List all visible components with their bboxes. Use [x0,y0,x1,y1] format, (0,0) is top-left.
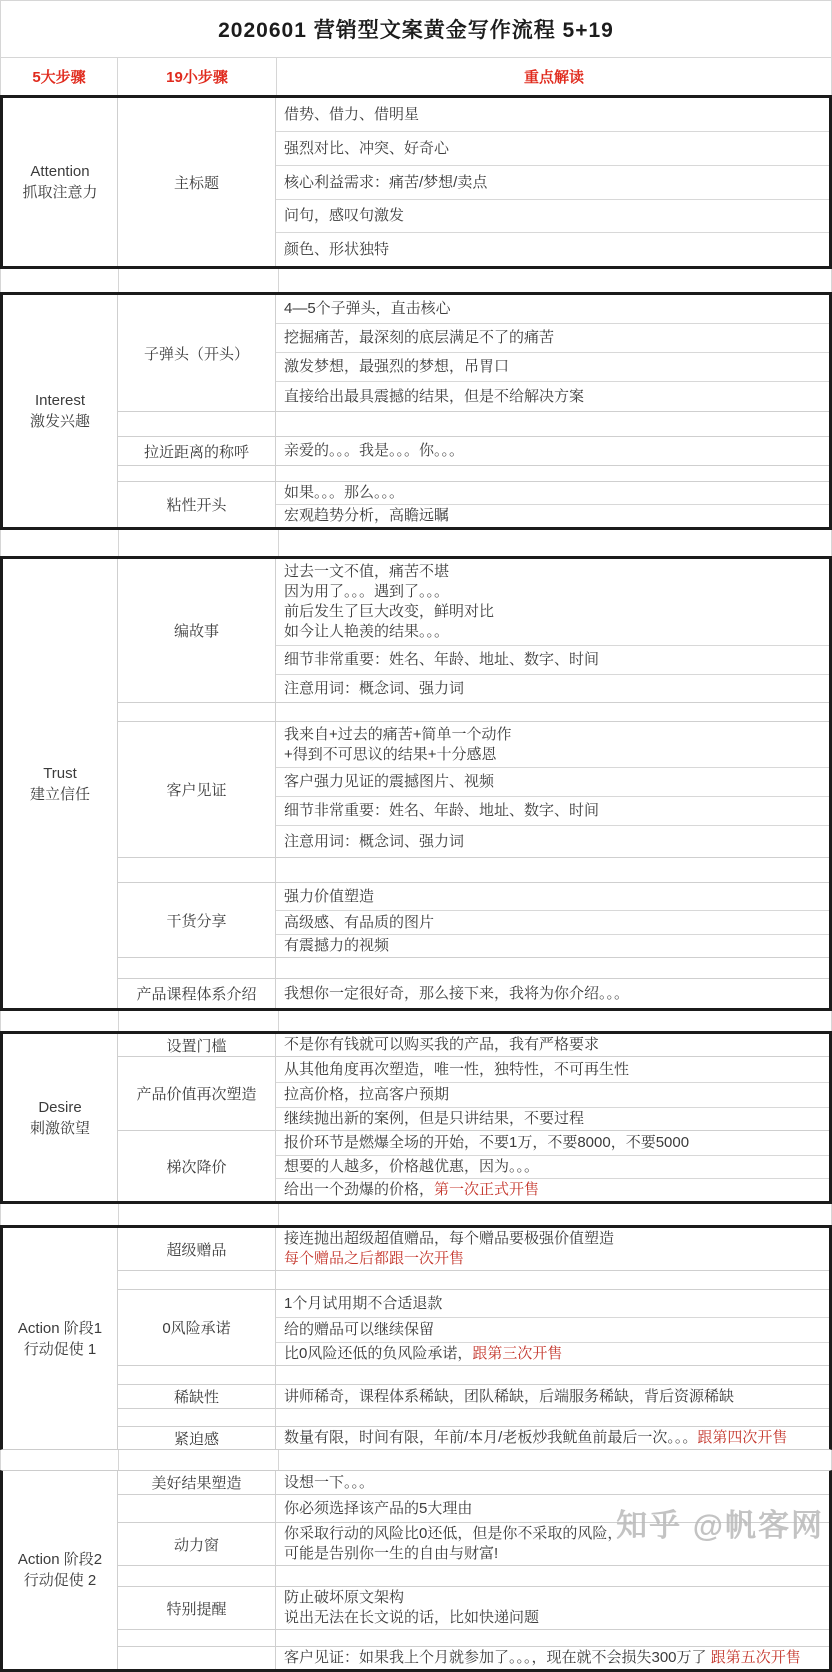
detail-line: 接连抛出超级超值赠品，每个赠品要极强价值塑造 [284,1229,829,1249]
detail-row: 给出一个劲爆的价格，第一次正式开售 [276,1179,829,1201]
substep-label: 产品课程体系介绍 [118,979,276,1008]
detail-row: 从其他角度再次塑造，唯一性，独特性，不可再生性 [276,1057,829,1083]
gap-col1 [1,269,119,292]
detail-row-empty [276,958,829,978]
detail-line: 因为用了。。。遇到了。。。 [284,582,829,602]
detail-text: 说出无法在长文说的话，比如快递问题 [284,1609,539,1626]
substep-label-empty [118,1366,276,1384]
step-label-line: Action 阶段1 [18,1318,102,1339]
detail-row-empty [276,466,829,481]
detail-row-empty [276,1630,829,1646]
section-groups: 主标题借势、借力、借明星强烈对比、冲突、好奇心核心利益需求：痛苦/梦想/卖点问句… [118,98,829,266]
substep-group: 设置门槛不是你有钱就可以购买我的产品，我有严格要求 [118,1034,829,1057]
gap-col3 [279,269,831,292]
detail-line: 继续抛出新的案例，但是只讲结果，不要过程 [284,1109,829,1129]
spacer-group [118,1409,829,1427]
detail-line: 从其他角度再次塑造，唯一性，独特性，不可再生性 [284,1060,829,1080]
gap-col2 [119,530,279,556]
substep-label-empty [118,412,276,436]
section-desire: Desire刺激欲望设置门槛不是你有钱就可以购买我的产品，我有严格要求产品价值再… [0,1031,832,1204]
page-title: 2020601 营销型文案黄金写作流程 5+19 [218,14,614,44]
substep-group: 美好结果塑造设想一下。。。 [118,1471,829,1495]
spacer-group [118,958,829,979]
detail-row: 拉高价格，拉高客户预期 [276,1083,829,1108]
spacer-group [118,466,829,482]
detail-cell-stack [276,1630,829,1646]
detail-text: 想要的人越多，价格越优惠，因为。。。 [284,1158,539,1175]
gap-col3 [279,1011,831,1031]
detail-text: +得到不可思议的结果+十分感恩 [284,746,497,763]
detail-cell-stack: 你采取行动的风险比0还低，但是你不采取的风险，可能是告别你一生的自由与财富! [276,1523,829,1565]
step-label-attention: Attention抓取注意力 [3,98,118,266]
substep-group: 动力窗你采取行动的风险比0还低，但是你不采取的风险，可能是告别你一生的自由与财富… [118,1523,829,1566]
substep-group: 特别提醒防止破坏原文架构说出无法在长文说的话，比如快递问题 [118,1587,829,1630]
substep-group: 稀缺性讲师稀奇，课程体系稀缺，团队稀缺，后端服务稀缺，背后资源稀缺 [118,1385,829,1409]
detail-cell-stack [276,412,829,436]
section-gap [0,1450,832,1470]
substep-label: 拉近距离的称呼 [118,437,276,465]
detail-text: 从其他角度再次塑造，唯一性，独特性，不可再生性 [284,1061,629,1078]
detail-text: 高级感、有品质的图片 [284,914,434,931]
substep-group: 干货分享强力价值塑造高级感、有品质的图片有震撼力的视频 [118,883,829,958]
detail-row: 客户强力见证的震撼图片、视频 [276,768,829,797]
detail-line: 你采取行动的风险比0还低，但是你不采取的风险， [284,1524,829,1544]
detail-line: 讲师稀奇，课程体系稀缺，团队稀缺，后端服务稀缺，背后资源稀缺 [284,1387,829,1407]
detail-line: 可能是告别你一生的自由与财富! [284,1544,829,1564]
detail-text: 直接给出最具震撼的结果，但是不给解决方案 [284,388,584,405]
detail-line: 宏观趋势分析，高瞻远瞩 [284,506,829,526]
detail-text: 4—5个子弹头，直击核心 [284,300,451,317]
section-gap [0,530,832,556]
step-label-line: Desire [38,1097,81,1118]
detail-row-empty [276,703,829,721]
section-groups: 美好结果塑造设想一下。。。你必须选择该产品的5大理由动力窗你采取行动的风险比0还… [118,1471,829,1669]
detail-cell-stack: 我来自+过去的痛苦+简单一个动作+得到不可思议的结果+十分感恩客户强力见证的震撼… [276,722,829,857]
detail-text-red: 跟第五次开售 [711,1649,801,1666]
spacer-group [118,703,829,722]
detail-line: 细节非常重要：姓名、年龄、地址、数字、时间 [284,650,829,670]
detail-text: 你必须选择该产品的5大理由 [284,1500,472,1517]
detail-row: 继续抛出新的案例，但是只讲结果，不要过程 [276,1108,829,1130]
detail-line: 细节非常重要：姓名、年龄、地址、数字、时间 [284,801,829,821]
substep-label-empty [118,1647,276,1669]
spacer-group: 你必须选择该产品的5大理由 [118,1495,829,1523]
substep-group: 粘性开头如果。。。那么。。。宏观趋势分析，高瞻远瞩 [118,482,829,527]
detail-line: 数量有限，时间有限，年前/本月/老板炒我鱿鱼前最后一次。。。跟第四次开售 [284,1428,829,1448]
detail-row: 我想你一定很好奇，那么接下来，我将为你介绍。。。 [276,979,829,1008]
detail-text: 比0风险还低的负风险承诺， [284,1345,472,1362]
detail-text: 颜色、形状独特 [284,241,389,258]
section-action2: Action 阶段2行动促使 2美好结果塑造设想一下。。。你必须选择该产品的5大… [0,1470,832,1672]
step-label-line: 激发兴趣 [30,411,90,432]
detail-row: 宏观趋势分析，高瞻远瞩 [276,505,829,527]
section-interest: Interest激发兴趣子弹头（开头）4—5个子弹头，直击核心挖掘痛苦，最深刻的… [0,292,832,530]
detail-cell-stack: 防止破坏原文架构说出无法在长文说的话，比如快递问题 [276,1587,829,1629]
step-label-line: Trust [43,763,77,784]
detail-row: 数量有限，时间有限，年前/本月/老板炒我鱿鱼前最后一次。。。跟第四次开售 [276,1427,829,1449]
detail-line: 你必须选择该产品的5大理由 [284,1499,829,1519]
detail-row: 强烈对比、冲突、好奇心 [276,132,829,166]
detail-text: 数量有限，时间有限，年前/本月/老板炒我鱿鱼前最后一次。。。 [284,1429,697,1446]
substep-label: 0风险承诺 [118,1290,276,1365]
detail-text-red: 第一次正式开售 [434,1181,539,1198]
detail-line: 设想一下。。。 [284,1473,829,1493]
detail-text: 不是你有钱就可以购买我的产品，我有严格要求 [284,1036,599,1053]
detail-row: 问句，感叹句激发 [276,200,829,233]
detail-row: 激发梦想，最强烈的梦想，吊胃口 [276,353,829,382]
substep-label: 主标题 [118,98,276,266]
detail-text: 拉高价格，拉高客户预期 [284,1086,449,1103]
substep-label: 干货分享 [118,883,276,957]
column-header-row: 5大步骤 19小步骤 重点解读 [0,57,832,95]
substep-label-empty [118,1566,276,1586]
detail-line: 强力价值塑造 [284,887,829,907]
detail-line: 给的赠品可以继续保留 [284,1320,829,1340]
detail-text: 宏观趋势分析，高瞻远瞩 [284,507,449,524]
detail-row: 想要的人越多，价格越优惠，因为。。。 [276,1156,829,1179]
detail-cell-stack [276,858,829,882]
substep-group: 产品课程体系介绍我想你一定很好奇，那么接下来，我将为你介绍。。。 [118,979,829,1008]
substep-label: 梯次降价 [118,1131,276,1201]
detail-text: 我来自+过去的痛苦+简单一个动作 [284,726,512,743]
detail-row: 1个月试用期不合适退款 [276,1290,829,1318]
step-label-line: Action 阶段2 [18,1549,102,1570]
detail-text: 细节非常重要：姓名、年龄、地址、数字、时间 [284,802,599,819]
detail-line: 我来自+过去的痛苦+简单一个动作 [284,725,829,745]
section-groups: 超级赠品接连抛出超级超值赠品，每个赠品要极强价值塑造每个赠品之后都跟一次开售0风… [118,1228,829,1449]
detail-cell-stack: 1个月试用期不合适退款给的赠品可以继续保留比0风险还低的负风险承诺，跟第三次开售 [276,1290,829,1365]
detail-cell-stack: 从其他角度再次塑造，唯一性，独特性，不可再生性拉高价格，拉高客户预期继续抛出新的… [276,1057,829,1130]
section-trust: Trust建立信任编故事过去一文不值，痛苦不堪因为用了。。。遇到了。。。前后发生… [0,556,832,1011]
detail-text: 过去一文不值，痛苦不堪 [284,563,449,580]
detail-row: 讲师稀奇，课程体系稀缺，团队稀缺，后端服务稀缺，背后资源稀缺 [276,1385,829,1408]
detail-line: 每个赠品之后都跟一次开售 [284,1249,829,1269]
gap-col1 [1,1204,119,1225]
detail-row: 你必须选择该产品的5大理由 [276,1495,829,1522]
detail-line: 客户强力见证的震撼图片、视频 [284,772,829,792]
substep-label: 动力窗 [118,1523,276,1565]
detail-line: 防止破坏原文架构 [284,1588,829,1608]
detail-cell-stack: 讲师稀奇，课程体系稀缺，团队稀缺，后端服务稀缺，背后资源稀缺 [276,1385,829,1408]
detail-line: 给出一个劲爆的价格，第一次正式开售 [284,1180,829,1200]
detail-text: 给的赠品可以继续保留 [284,1321,434,1338]
detail-text: 如今让人艳羡的结果。。。 [284,623,449,640]
step-label-interest: Interest激发兴趣 [3,295,118,527]
detail-row: 核心利益需求：痛苦/梦想/卖点 [276,166,829,200]
detail-cell-stack: 强力价值塑造高级感、有品质的图片有震撼力的视频 [276,883,829,957]
gap-col2 [119,1204,279,1225]
step-label-line: 行动促使 1 [24,1339,97,1360]
detail-row: 比0风险还低的负风险承诺，跟第三次开售 [276,1343,829,1365]
gap-col2 [119,1450,279,1470]
detail-text: 因为用了。。。遇到了。。。 [284,583,449,600]
gap-col1 [1,1011,119,1031]
detail-text: 借势、借力、借明星 [284,106,419,123]
substep-group: 紧迫感数量有限，时间有限，年前/本月/老板炒我鱿鱼前最后一次。。。跟第四次开售 [118,1427,829,1449]
substep-label: 紧迫感 [118,1427,276,1449]
detail-cell-stack: 亲爱的。。。我是。。。你。。。 [276,437,829,465]
substep-group: 梯次降价报价环节是燃爆全场的开始，不要1万，不要8000，不要5000想要的人越… [118,1131,829,1201]
detail-cell-stack: 我想你一定很好奇，那么接下来，我将为你介绍。。。 [276,979,829,1008]
substep-label: 客户见证 [118,722,276,857]
spacer-group [118,858,829,883]
detail-row: 细节非常重要：姓名、年龄、地址、数字、时间 [276,646,829,675]
detail-line: 激发梦想，最强烈的梦想，吊胃口 [284,357,829,377]
detail-line: 报价环节是燃爆全场的开始，不要1万，不要8000，不要5000 [284,1133,829,1153]
section-groups: 设置门槛不是你有钱就可以购买我的产品，我有严格要求产品价值再次塑造从其他角度再次… [118,1034,829,1201]
detail-line: 核心利益需求：痛苦/梦想/卖点 [284,173,829,193]
detail-row: 高级感、有品质的图片 [276,911,829,935]
detail-row-empty [276,1271,829,1289]
substep-group: 超级赠品接连抛出超级超值赠品，每个赠品要极强价值塑造每个赠品之后都跟一次开售 [118,1228,829,1271]
substep-label-empty [118,958,276,978]
section-gap [0,1011,832,1031]
detail-text: 细节非常重要：姓名、年龄、地址、数字、时间 [284,651,599,668]
spacer-group [118,1630,829,1647]
gap-col1 [1,1450,119,1470]
detail-text: 客户见证：如果我上个月就参加了。。。，现在就不会损失300万了 [284,1649,711,1666]
substep-label-empty [118,1271,276,1289]
detail-line: 拉高价格，拉高客户预期 [284,1085,829,1105]
detail-row: 你采取行动的风险比0还低，但是你不采取的风险，可能是告别你一生的自由与财富! [276,1523,829,1565]
detail-text: 有震撼力的视频 [284,937,389,954]
detail-line: 挖掘痛苦，最深刻的底层满足不了的痛苦 [284,328,829,348]
substep-label: 子弹头（开头） [118,295,276,411]
detail-row: 有震撼力的视频 [276,935,829,957]
step-label-action1: Action 阶段1行动促使 1 [3,1228,118,1449]
step-label-line: 行动促使 2 [24,1570,97,1591]
detail-row: 颜色、形状独特 [276,233,829,266]
section-action1: Action 阶段1行动促使 1超级赠品接连抛出超级超值赠品，每个赠品要极强价值… [0,1225,832,1450]
substep-label-empty [118,1409,276,1426]
step-label-trust: Trust建立信任 [3,559,118,1008]
detail-text: 我想你一定很好奇，那么接下来，我将为你介绍。。。 [284,985,629,1002]
detail-text: 你采取行动的风险比0还低，但是你不采取的风险， [284,1525,622,1542]
detail-row: 挖掘痛苦，最深刻的底层满足不了的痛苦 [276,324,829,353]
substep-group: 编故事过去一文不值，痛苦不堪因为用了。。。遇到了。。。前后发生了巨大改变，鲜明对… [118,559,829,703]
detail-cell-stack [276,1366,829,1384]
detail-row: 细节非常重要：姓名、年龄、地址、数字、时间 [276,797,829,826]
substep-label: 编故事 [118,559,276,702]
detail-row: 设想一下。。。 [276,1471,829,1494]
substep-group: 主标题借势、借力、借明星强烈对比、冲突、好奇心核心利益需求：痛苦/梦想/卖点问句… [118,98,829,266]
gap-col1 [1,530,119,556]
step-label-line: Attention [30,161,89,182]
detail-row-empty [276,1566,829,1586]
spacer-group [118,412,829,437]
section-gap [0,1204,832,1225]
detail-row: 亲爱的。。。我是。。。你。。。 [276,437,829,465]
detail-cell-stack [276,1409,829,1426]
detail-text: 激发梦想，最强烈的梦想，吊胃口 [284,358,509,375]
detail-line: 颜色、形状独特 [284,240,829,260]
gap-col2 [119,1011,279,1031]
gap-col3 [279,1204,831,1225]
detail-row-empty [276,858,829,882]
substep-group: 客户见证我来自+过去的痛苦+简单一个动作+得到不可思议的结果+十分感恩客户强力见… [118,722,829,858]
detail-row-empty [276,412,829,436]
detail-row: 报价环节是燃爆全场的开始，不要1万，不要8000，不要5000 [276,1131,829,1156]
detail-line: 如今让人艳羡的结果。。。 [284,622,829,642]
detail-line: 4—5个子弹头，直击核心 [284,299,829,319]
substep-group: 0风险承诺1个月试用期不合适退款给的赠品可以继续保留比0风险还低的负风险承诺，跟… [118,1290,829,1366]
detail-cell-stack: 如果。。。那么。。。宏观趋势分析，高瞻远瞩 [276,482,829,527]
detail-line: 注意用词：概念词、强力词 [284,832,829,852]
detail-text: 防止破坏原文架构 [284,1589,404,1606]
detail-text: 可能是告别你一生的自由与财富! [284,1545,498,1562]
detail-row: 直接给出最具震撼的结果，但是不给解决方案 [276,382,829,411]
substep-label-empty [118,466,276,481]
substep-label-empty [118,1495,276,1522]
detail-line: 我想你一定很好奇，那么接下来，我将为你介绍。。。 [284,984,829,1004]
detail-line: 注意用词：概念词、强力词 [284,679,829,699]
detail-line: 高级感、有品质的图片 [284,913,829,933]
detail-line: 客户见证：如果我上个月就参加了。。。，现在就不会损失300万了 跟第五次开售 [284,1648,829,1668]
detail-text: 讲师稀奇，课程体系稀缺，团队稀缺，后端服务稀缺，背后资源稀缺 [284,1388,734,1405]
detail-text: 强烈对比、冲突、好奇心 [284,140,449,157]
substep-label: 超级赠品 [118,1228,276,1270]
detail-cell-stack: 过去一文不值，痛苦不堪因为用了。。。遇到了。。。前后发生了巨大改变，鲜明对比如今… [276,559,829,702]
column-header-keypoints: 重点解读 [277,58,831,95]
detail-cell-stack: 你必须选择该产品的5大理由 [276,1495,829,1522]
title-row: 2020601 营销型文案黄金写作流程 5+19 [0,0,832,57]
substep-label: 特别提醒 [118,1587,276,1629]
step-label-action2: Action 阶段2行动促使 2 [3,1471,118,1669]
detail-line: 前后发生了巨大改变，鲜明对比 [284,602,829,622]
detail-row: 如果。。。那么。。。 [276,482,829,505]
detail-text: 1个月试用期不合适退款 [284,1295,442,1312]
detail-cell-stack: 接连抛出超级超值赠品，每个赠品要极强价值塑造每个赠品之后都跟一次开售 [276,1228,829,1270]
section-groups: 子弹头（开头）4—5个子弹头，直击核心挖掘痛苦，最深刻的底层满足不了的痛苦激发梦… [118,295,829,527]
step-label-desire: Desire刺激欲望 [3,1034,118,1201]
detail-row: 过去一文不值，痛苦不堪因为用了。。。遇到了。。。前后发生了巨大改变，鲜明对比如今… [276,559,829,646]
detail-line: 有震撼力的视频 [284,936,829,956]
detail-cell-stack [276,466,829,481]
step-label-line: 建立信任 [30,784,90,805]
detail-line: 亲爱的。。。我是。。。你。。。 [284,441,829,461]
detail-row: 注意用词：概念词、强力词 [276,826,829,857]
detail-row: 我来自+过去的痛苦+简单一个动作+得到不可思议的结果+十分感恩 [276,722,829,768]
column-header-steps19: 19小步骤 [118,58,277,95]
detail-text: 客户强力见证的震撼图片、视频 [284,773,494,790]
detail-text-red: 跟第三次开售 [472,1345,562,1362]
substep-label: 粘性开头 [118,482,276,527]
detail-row: 强力价值塑造 [276,883,829,911]
detail-text: 给出一个劲爆的价格， [284,1181,434,1198]
spreadsheet-table: 2020601 营销型文案黄金写作流程 5+19 5大步骤 19小步骤 重点解读… [0,0,832,1672]
detail-line: 不是你有钱就可以购买我的产品，我有严格要求 [284,1035,829,1055]
substep-label: 产品价值再次塑造 [118,1057,276,1130]
detail-row: 客户见证：如果我上个月就参加了。。。，现在就不会损失300万了 跟第五次开售 [276,1647,829,1669]
detail-line: 1个月试用期不合适退款 [284,1294,829,1314]
detail-text: 设想一下。。。 [284,1474,374,1491]
detail-text: 挖掘痛苦，最深刻的底层满足不了的痛苦 [284,329,554,346]
detail-line: 强烈对比、冲突、好奇心 [284,139,829,159]
step-label-line: 抓取注意力 [22,182,97,203]
detail-cell-stack [276,1566,829,1586]
detail-line: 问句，感叹句激发 [284,206,829,226]
detail-line: 过去一文不值，痛苦不堪 [284,562,829,582]
detail-text: 注意用词：概念词、强力词 [284,680,464,697]
detail-text: 继续抛出新的案例，但是只讲结果，不要过程 [284,1110,584,1127]
substep-group: 产品价值再次塑造从其他角度再次塑造，唯一性，独特性，不可再生性拉高价格，拉高客户… [118,1057,829,1131]
detail-text: 强力价值塑造 [284,888,374,905]
detail-row: 接连抛出超级超值赠品，每个赠品要极强价值塑造每个赠品之后都跟一次开售 [276,1228,829,1270]
detail-text: 前后发生了巨大改变，鲜明对比 [284,603,494,620]
section-attention: Attention抓取注意力主标题借势、借力、借明星强烈对比、冲突、好奇心核心利… [0,95,832,269]
column-header-steps5: 5大步骤 [1,58,118,95]
detail-row: 防止破坏原文架构说出无法在长文说的话，比如快递问题 [276,1587,829,1629]
detail-text-red: 每个赠品之后都跟一次开售 [284,1250,464,1267]
section-groups: 编故事过去一文不值，痛苦不堪因为用了。。。遇到了。。。前后发生了巨大改变，鲜明对… [118,559,829,1008]
table-body: Attention抓取注意力主标题借势、借力、借明星强烈对比、冲突、好奇心核心利… [0,95,832,1672]
step-label-line: 刺激欲望 [30,1118,90,1139]
substep-label-empty [118,1630,276,1646]
detail-line: 说出无法在长文说的话，比如快递问题 [284,1608,829,1628]
detail-line: 比0风险还低的负风险承诺，跟第三次开售 [284,1344,829,1364]
detail-line: 直接给出最具震撼的结果，但是不给解决方案 [284,387,829,407]
detail-text-red: 跟第四次开售 [697,1429,787,1446]
detail-text: 核心利益需求：痛苦/梦想/卖点 [284,174,487,191]
detail-row: 不是你有钱就可以购买我的产品，我有严格要求 [276,1034,829,1056]
substep-label: 美好结果塑造 [118,1471,276,1494]
detail-row-empty [276,1366,829,1384]
detail-line: 想要的人越多，价格越优惠，因为。。。 [284,1157,829,1177]
spacer-group [118,1271,829,1290]
detail-cell-stack [276,703,829,721]
detail-text: 亲爱的。。。我是。。。你。。。 [284,442,464,459]
detail-cell-stack: 不是你有钱就可以购买我的产品，我有严格要求 [276,1034,829,1056]
step-label-line: Interest [35,390,85,411]
detail-cell-stack: 设想一下。。。 [276,1471,829,1494]
detail-text: 报价环节是燃爆全场的开始，不要1万，不要8000，不要5000 [284,1134,689,1151]
detail-cell-stack [276,958,829,978]
detail-text: 接连抛出超级超值赠品，每个赠品要极强价值塑造 [284,1230,614,1247]
substep-label-empty [118,703,276,721]
detail-text: 如果。。。那么。。。 [284,484,404,501]
detail-cell-stack: 报价环节是燃爆全场的开始，不要1万，不要8000，不要5000想要的人越多，价格… [276,1131,829,1201]
substep-label-empty [118,858,276,882]
spacer-group: 客户见证：如果我上个月就参加了。。。，现在就不会损失300万了 跟第五次开售 [118,1647,829,1669]
detail-row: 注意用词：概念词、强力词 [276,675,829,702]
detail-row: 4—5个子弹头，直击核心 [276,295,829,324]
detail-row-empty [276,1409,829,1426]
spacer-group [118,1366,829,1385]
gap-col3 [279,1450,831,1470]
gap-col3 [279,530,831,556]
detail-row: 借势、借力、借明星 [276,98,829,132]
detail-line: 借势、借力、借明星 [284,105,829,125]
substep-group: 拉近距离的称呼亲爱的。。。我是。。。你。。。 [118,437,829,466]
detail-cell-stack: 借势、借力、借明星强烈对比、冲突、好奇心核心利益需求：痛苦/梦想/卖点问句，感叹… [276,98,829,266]
detail-row: 给的赠品可以继续保留 [276,1318,829,1343]
section-gap [0,269,832,292]
detail-line: 如果。。。那么。。。 [284,483,829,503]
detail-text: 注意用词：概念词、强力词 [284,833,464,850]
detail-text: 问句，感叹句激发 [284,207,404,224]
substep-label: 设置门槛 [118,1034,276,1056]
detail-cell-stack [276,1271,829,1289]
substep-label: 稀缺性 [118,1385,276,1408]
detail-cell-stack: 4—5个子弹头，直击核心挖掘痛苦，最深刻的底层满足不了的痛苦激发梦想，最强烈的梦… [276,295,829,411]
detail-cell-stack: 数量有限，时间有限，年前/本月/老板炒我鱿鱼前最后一次。。。跟第四次开售 [276,1427,829,1449]
detail-line: +得到不可思议的结果+十分感恩 [284,745,829,765]
substep-group: 子弹头（开头）4—5个子弹头，直击核心挖掘痛苦，最深刻的底层满足不了的痛苦激发梦… [118,295,829,412]
gap-col2 [119,269,279,292]
detail-cell-stack: 客户见证：如果我上个月就参加了。。。，现在就不会损失300万了 跟第五次开售 [276,1647,829,1669]
spacer-group [118,1566,829,1587]
